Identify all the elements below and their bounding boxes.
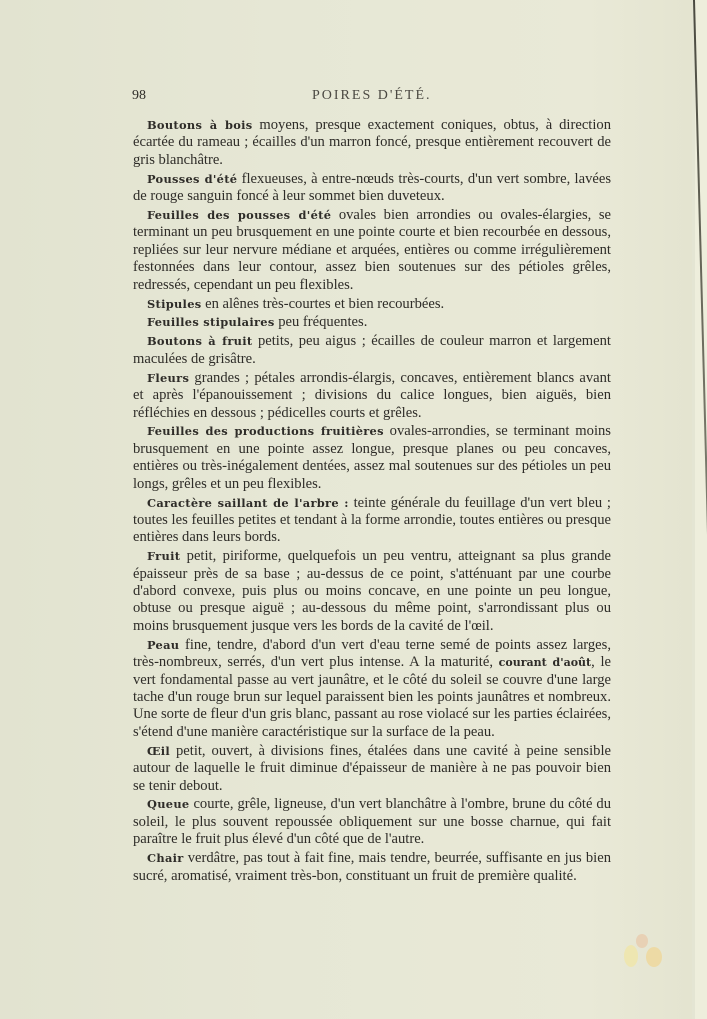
entry-pousses-d-ete: Pousses d'été flexueuses, à entre-nœuds …: [133, 171, 611, 206]
entry-feuilles-stipulaires: Feuilles stipulaires peu fréquentes.: [133, 314, 611, 331]
entry-text: courte, grêle, ligneuse, d'un vert blanc…: [133, 796, 611, 847]
entry-term: Fleurs: [147, 371, 189, 385]
entry-term: Feuilles stipulaires: [147, 315, 275, 329]
running-title: POIRES D'ÉTÉ.: [312, 88, 432, 104]
entry-fruit: Fruit petit, piriforme, quelquefois un p…: [133, 548, 611, 635]
entry-text: peu fréquentes.: [275, 314, 368, 330]
page-number: 98: [132, 88, 146, 104]
entry-stipules: Stipules en alênes très-courtes et bien …: [133, 296, 611, 313]
entry-term: Feuilles des pousses d'été: [147, 208, 331, 222]
entry-term: Feuilles des productions fruitières: [147, 424, 384, 438]
entry-feuilles-des-productions: Feuilles des productions fruitières oval…: [133, 423, 611, 493]
entry-text: grandes ; pétales arrondis-élargis, conc…: [133, 370, 611, 421]
entry-chair: Chair verdâtre, pas tout à fait fine, ma…: [133, 850, 611, 885]
ripening-period: courant d'août: [499, 656, 591, 669]
entry-term: Boutons à bois: [147, 118, 252, 132]
entry-feuilles-des-pousses: Feuilles des pousses d'été ovales bien a…: [133, 207, 611, 294]
entry-term: Chair: [147, 851, 184, 865]
entry-text: petit, ouvert, à divisions fines, étalée…: [133, 743, 611, 794]
entry-oeil: Œil petit, ouvert, à divisions fines, ét…: [133, 743, 611, 795]
entry-term: Stipules: [147, 297, 201, 311]
page-header: 98 POIRES D'ÉTÉ.: [132, 88, 612, 108]
entry-term: Boutons à fruit: [147, 334, 252, 348]
entry-text: petit, piriforme, quelquefois un peu ven…: [133, 548, 611, 634]
entry-term: Pousses d'été: [147, 172, 237, 186]
entry-boutons-a-fruit: Boutons à fruit petits, peu aigus ; écai…: [133, 333, 611, 368]
entry-boutons-a-bois: Boutons à bois moyens, presque exactemen…: [133, 117, 611, 169]
entry-term: Fruit: [147, 549, 180, 563]
entry-term: Caractère saillant de l'arbre :: [147, 496, 349, 510]
entry-text: verdâtre, pas tout à fait fine, mais ten…: [133, 850, 611, 883]
entry-term: Peau: [147, 638, 179, 652]
library-stamp-mark: [622, 930, 664, 980]
entry-peau: Peau fine, tendre, d'abord d'un vert d'e…: [133, 637, 611, 741]
entry-term: Œil: [147, 744, 170, 758]
entry-fleurs: Fleurs grandes ; pétales arrondis-élargi…: [133, 370, 611, 422]
entry-term: Queue: [147, 797, 189, 811]
entry-queue: Queue courte, grêle, ligneuse, d'un vert…: [133, 796, 611, 848]
entry-text: en alênes très-courtes et bien recourbée…: [201, 296, 444, 312]
description-body: Boutons à bois moyens, presque exactemen…: [133, 117, 611, 886]
entry-caractere-saillant: Caractère saillant de l'arbre : teinte g…: [133, 495, 611, 547]
